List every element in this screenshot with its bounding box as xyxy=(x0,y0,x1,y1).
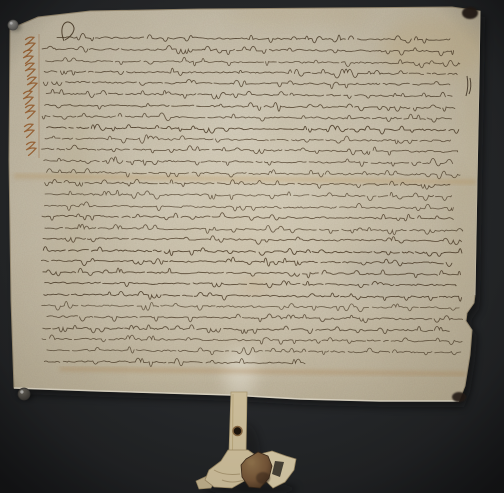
pin-highlight xyxy=(20,390,23,393)
corner-ink-blot xyxy=(452,392,466,402)
strip-hole-rivet xyxy=(233,427,242,436)
pin-head xyxy=(18,388,30,400)
pin-highlight xyxy=(10,22,13,25)
archival-photo-medieval-charter xyxy=(0,0,504,493)
pin-head xyxy=(8,20,18,30)
wax-dark-patch xyxy=(256,472,270,484)
charter-photo-scene xyxy=(0,0,504,493)
wax-highlight xyxy=(247,459,255,465)
strip-crease xyxy=(233,394,234,450)
corner-ink-blot xyxy=(462,7,478,19)
stain xyxy=(59,90,91,310)
parchment-strip xyxy=(229,392,247,452)
